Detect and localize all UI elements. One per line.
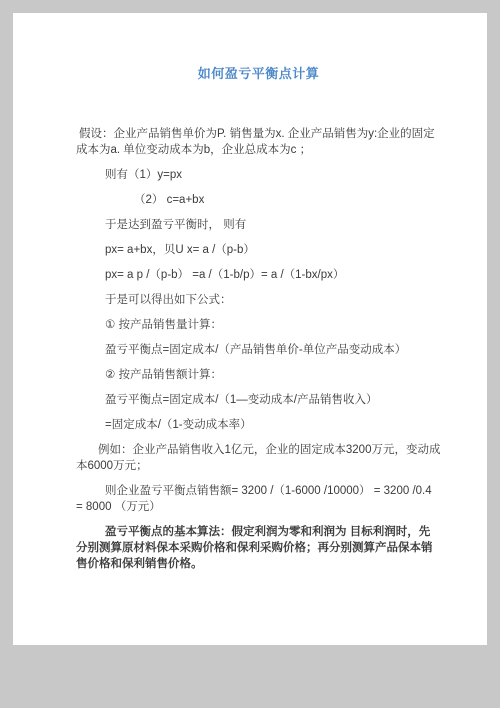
para-assumption: 假设：企业产品销售单价为P. 销售量为x. 企业产品销售为y:企业的固定成本为a…	[76, 126, 441, 158]
para-example-result: 则企业盈亏平衡点销售额= 3200 /（1-6000 /10000） = 320…	[76, 483, 441, 515]
para-conclusion-intro: 于是可以得出如下公式：	[76, 292, 441, 308]
para-example: 例如：企业产品销售收入1亿元，企业的固定成本3200万元，变动成本6000万元；	[76, 442, 441, 474]
para-method-1-formula: 盈亏平衡点=固定成本/（产品销售单价-单位产品变动成本）	[76, 342, 441, 358]
para-method-1-label: ① 按产品销售量计算：	[76, 317, 441, 333]
para-breakeven-intro: 于是达到盈亏平衡时， 则有	[76, 217, 441, 233]
para-formula-px-expanded: px= a p /（p-b） =a /（1-b/p）= a /（1-bx/px）	[76, 267, 441, 283]
page-title: 如何盈亏平衡点计算	[76, 63, 441, 82]
para-method-2-formula-b: =固定成本/（1-变动成本率）	[76, 417, 441, 433]
para-formula-1: 则有（1）y=px	[76, 167, 441, 183]
para-method-2-label: ② 按产品销售额计算：	[76, 367, 441, 383]
document-page: 如何盈亏平衡点计算 假设：企业产品销售单价为P. 销售量为x. 企业产品销售为y…	[13, 13, 487, 645]
para-formula-px: px= a+bx，贝U x= a /（p-b）	[76, 242, 441, 258]
para-basic-algorithm: 盈亏平衡点的基本算法：假定利润为零和利润为 目标利润时，先分别测算原材料保本采购…	[76, 524, 441, 572]
para-method-2-formula: 盈亏平衡点=固定成本/（1—变动成本/产品销售收入）	[76, 392, 441, 408]
para-formula-2: （2） c=a+bx	[76, 192, 441, 208]
